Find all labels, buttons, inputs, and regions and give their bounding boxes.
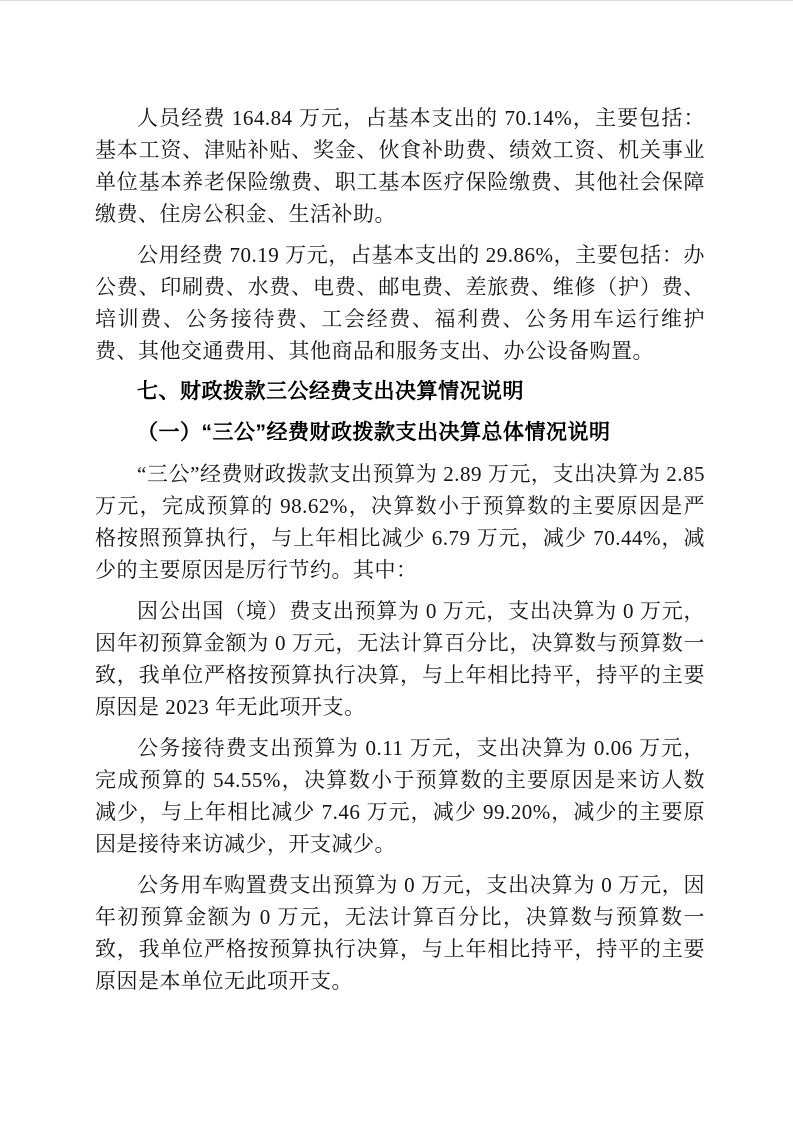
paragraph-three-public-overview: “三公”经费财政拨款支出预算为 2.89 万元，支出决算为 2.85 万元，完成… — [95, 458, 705, 586]
heading-section-7-1: （一）“三公”经费财政拨款支出决算总体情况说明 — [95, 417, 705, 449]
paragraph-vehicle-purchase-expense: 公务用车购置费支出预算为 0 万元，支出决算为 0 万元，因年初预算金额为 0 … — [95, 869, 705, 997]
paragraph-reception-expense: 公务接待费支出预算为 0.11 万元，支出决算为 0.06 万元，完成预算的 5… — [95, 732, 705, 860]
document-content: 人员经费 164.84 万元，占基本支出的 70.14%，主要包括：基本工资、津… — [95, 102, 705, 1006]
paragraph-public-expense: 公用经费 70.19 万元，占基本支出的 29.86%，主要包括：办公费、印刷费… — [95, 239, 705, 367]
heading-section-7: 七、财政拨款三公经费支出决算情况说明 — [95, 376, 705, 408]
document-page: 人员经费 164.84 万元，占基本支出的 70.14%，主要包括：基本工资、津… — [0, 0, 793, 1122]
paragraph-personnel-expense: 人员经费 164.84 万元，占基本支出的 70.14%，主要包括：基本工资、津… — [95, 102, 705, 230]
paragraph-abroad-expense: 因公出国（境）费支出预算为 0 万元，支出决算为 0 万元，因年初预算金额为 0… — [95, 595, 705, 723]
